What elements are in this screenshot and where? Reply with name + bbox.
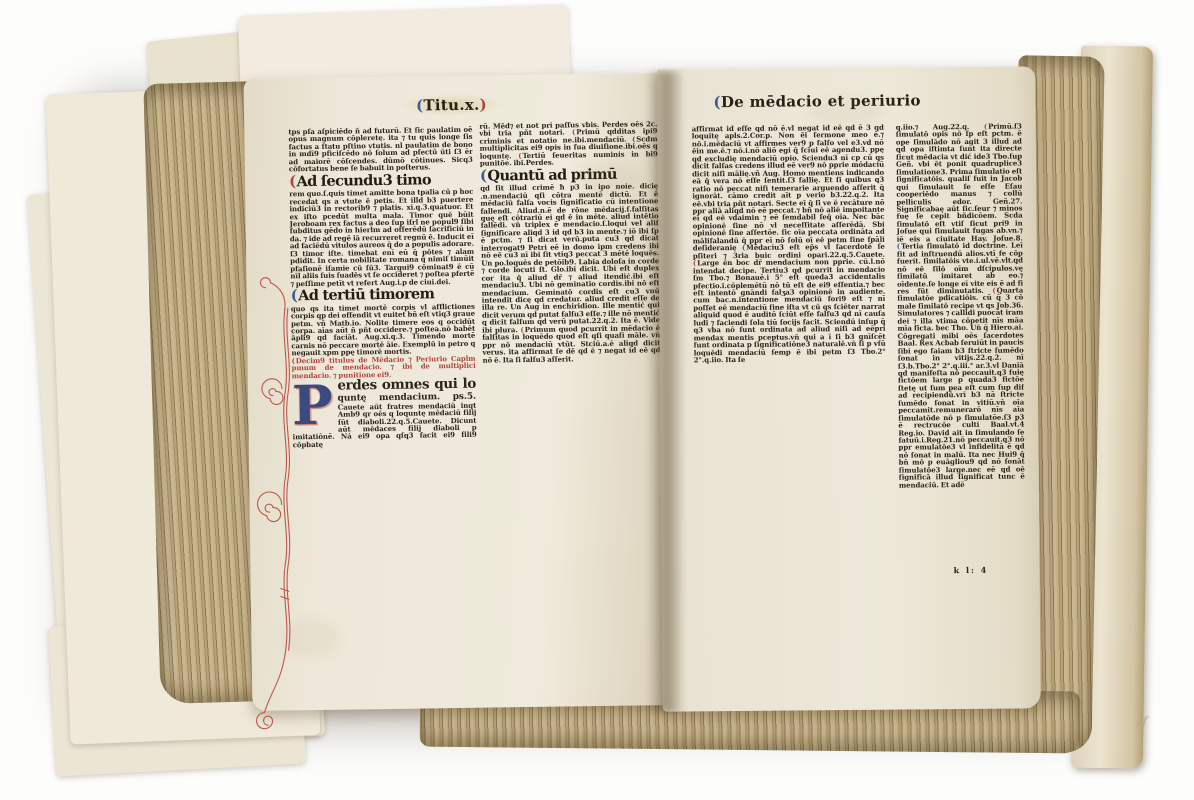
text-column: rū. Mēd⁊ et not pri paſſus vbis. Perdes … [479, 120, 664, 610]
body-text-segment: qd ſit illud crimē ħ p3 in ipo noie. dic… [480, 181, 660, 334]
body-text-segment: affirmat id eſſe qd nō ē.vl negat id eē … [692, 124, 885, 253]
incipit-medium-text: quntę mendacium. ps.5. [338, 391, 477, 403]
text-column: q.iio.⁊ Aug.22.q. (Primū.ſ3 ſimulatō opi… [896, 122, 1026, 569]
decorated-incipit: Perdes omnes qui lo quntę mendacium. ps.… [292, 377, 477, 449]
left-page: (Titu.x.) tps pſa aſpiciēdo ñ ad futurū.… [244, 73, 669, 711]
rubric-paraph-icon: ( [897, 242, 901, 251]
running-title-left-text: Titu.x. [423, 96, 479, 115]
right-page: (De mēdacio et periurio affirmat id eſſe… [657, 66, 1041, 711]
rubric-paraph-icon: ( [518, 151, 522, 160]
body-text-segment: quo qs ita timet mortē corpis vl afflict… [291, 301, 476, 357]
rubric-paraph-icon: ( [572, 128, 576, 137]
rubric-paraph-icon: ( [632, 134, 636, 143]
paper-stain [281, 618, 342, 659]
running-title-left: (Titu.x.) [400, 93, 503, 116]
body-text-segment: (Quarta ſimulatōe pdicatiōis. cū q̄ 3 cō… [897, 285, 1025, 489]
body-text-segment: (Large ēn boc dr̄ mendacium non pprie. c… [693, 257, 886, 365]
rubric-paraph-icon: ( [289, 172, 297, 190]
photo-of-open-incunable: (Titu.x.) tps pſa aſpiciēdo ñ ad futurū.… [0, 0, 1194, 800]
body-text-segment: tps pſa aſpiciēdo ñ ad futurū. Et ſic pa… [288, 126, 473, 174]
rubric-paren-icon: ) [479, 96, 487, 114]
rubric-paraph-icon: ( [742, 243, 746, 252]
rubric-paraph-icon: ( [291, 356, 295, 365]
rubric-paraph-icon: ( [992, 286, 996, 295]
rubric-paraph-icon: ( [520, 325, 524, 334]
text-column: tps pſa aſpiciēdo ñ ad futurū. Et ſic pa… [288, 126, 479, 611]
paper-stain [807, 98, 887, 125]
body-text-segment: (Primū.ſ3 ſimulatō opis nō ſp eſt pctm. … [896, 122, 1023, 243]
rubric-paraph-icon: ( [693, 258, 697, 267]
rubric-paraph-icon: ( [480, 166, 488, 184]
gutter-shadow [646, 72, 684, 712]
text-column: affirmat id eſſe qd nō ē.vl negat id eē … [692, 124, 888, 592]
quire-signature: k l: 4 [954, 565, 989, 575]
body-text-segment: rem quo.ſ.quis timet amitte bona tpalia … [289, 187, 474, 288]
rubric-paraph-icon: ( [291, 286, 299, 304]
illuminated-initial: P [292, 382, 333, 429]
corner-annotation: ff [1138, 714, 1149, 728]
rubric-paraph-icon: ( [984, 122, 988, 130]
